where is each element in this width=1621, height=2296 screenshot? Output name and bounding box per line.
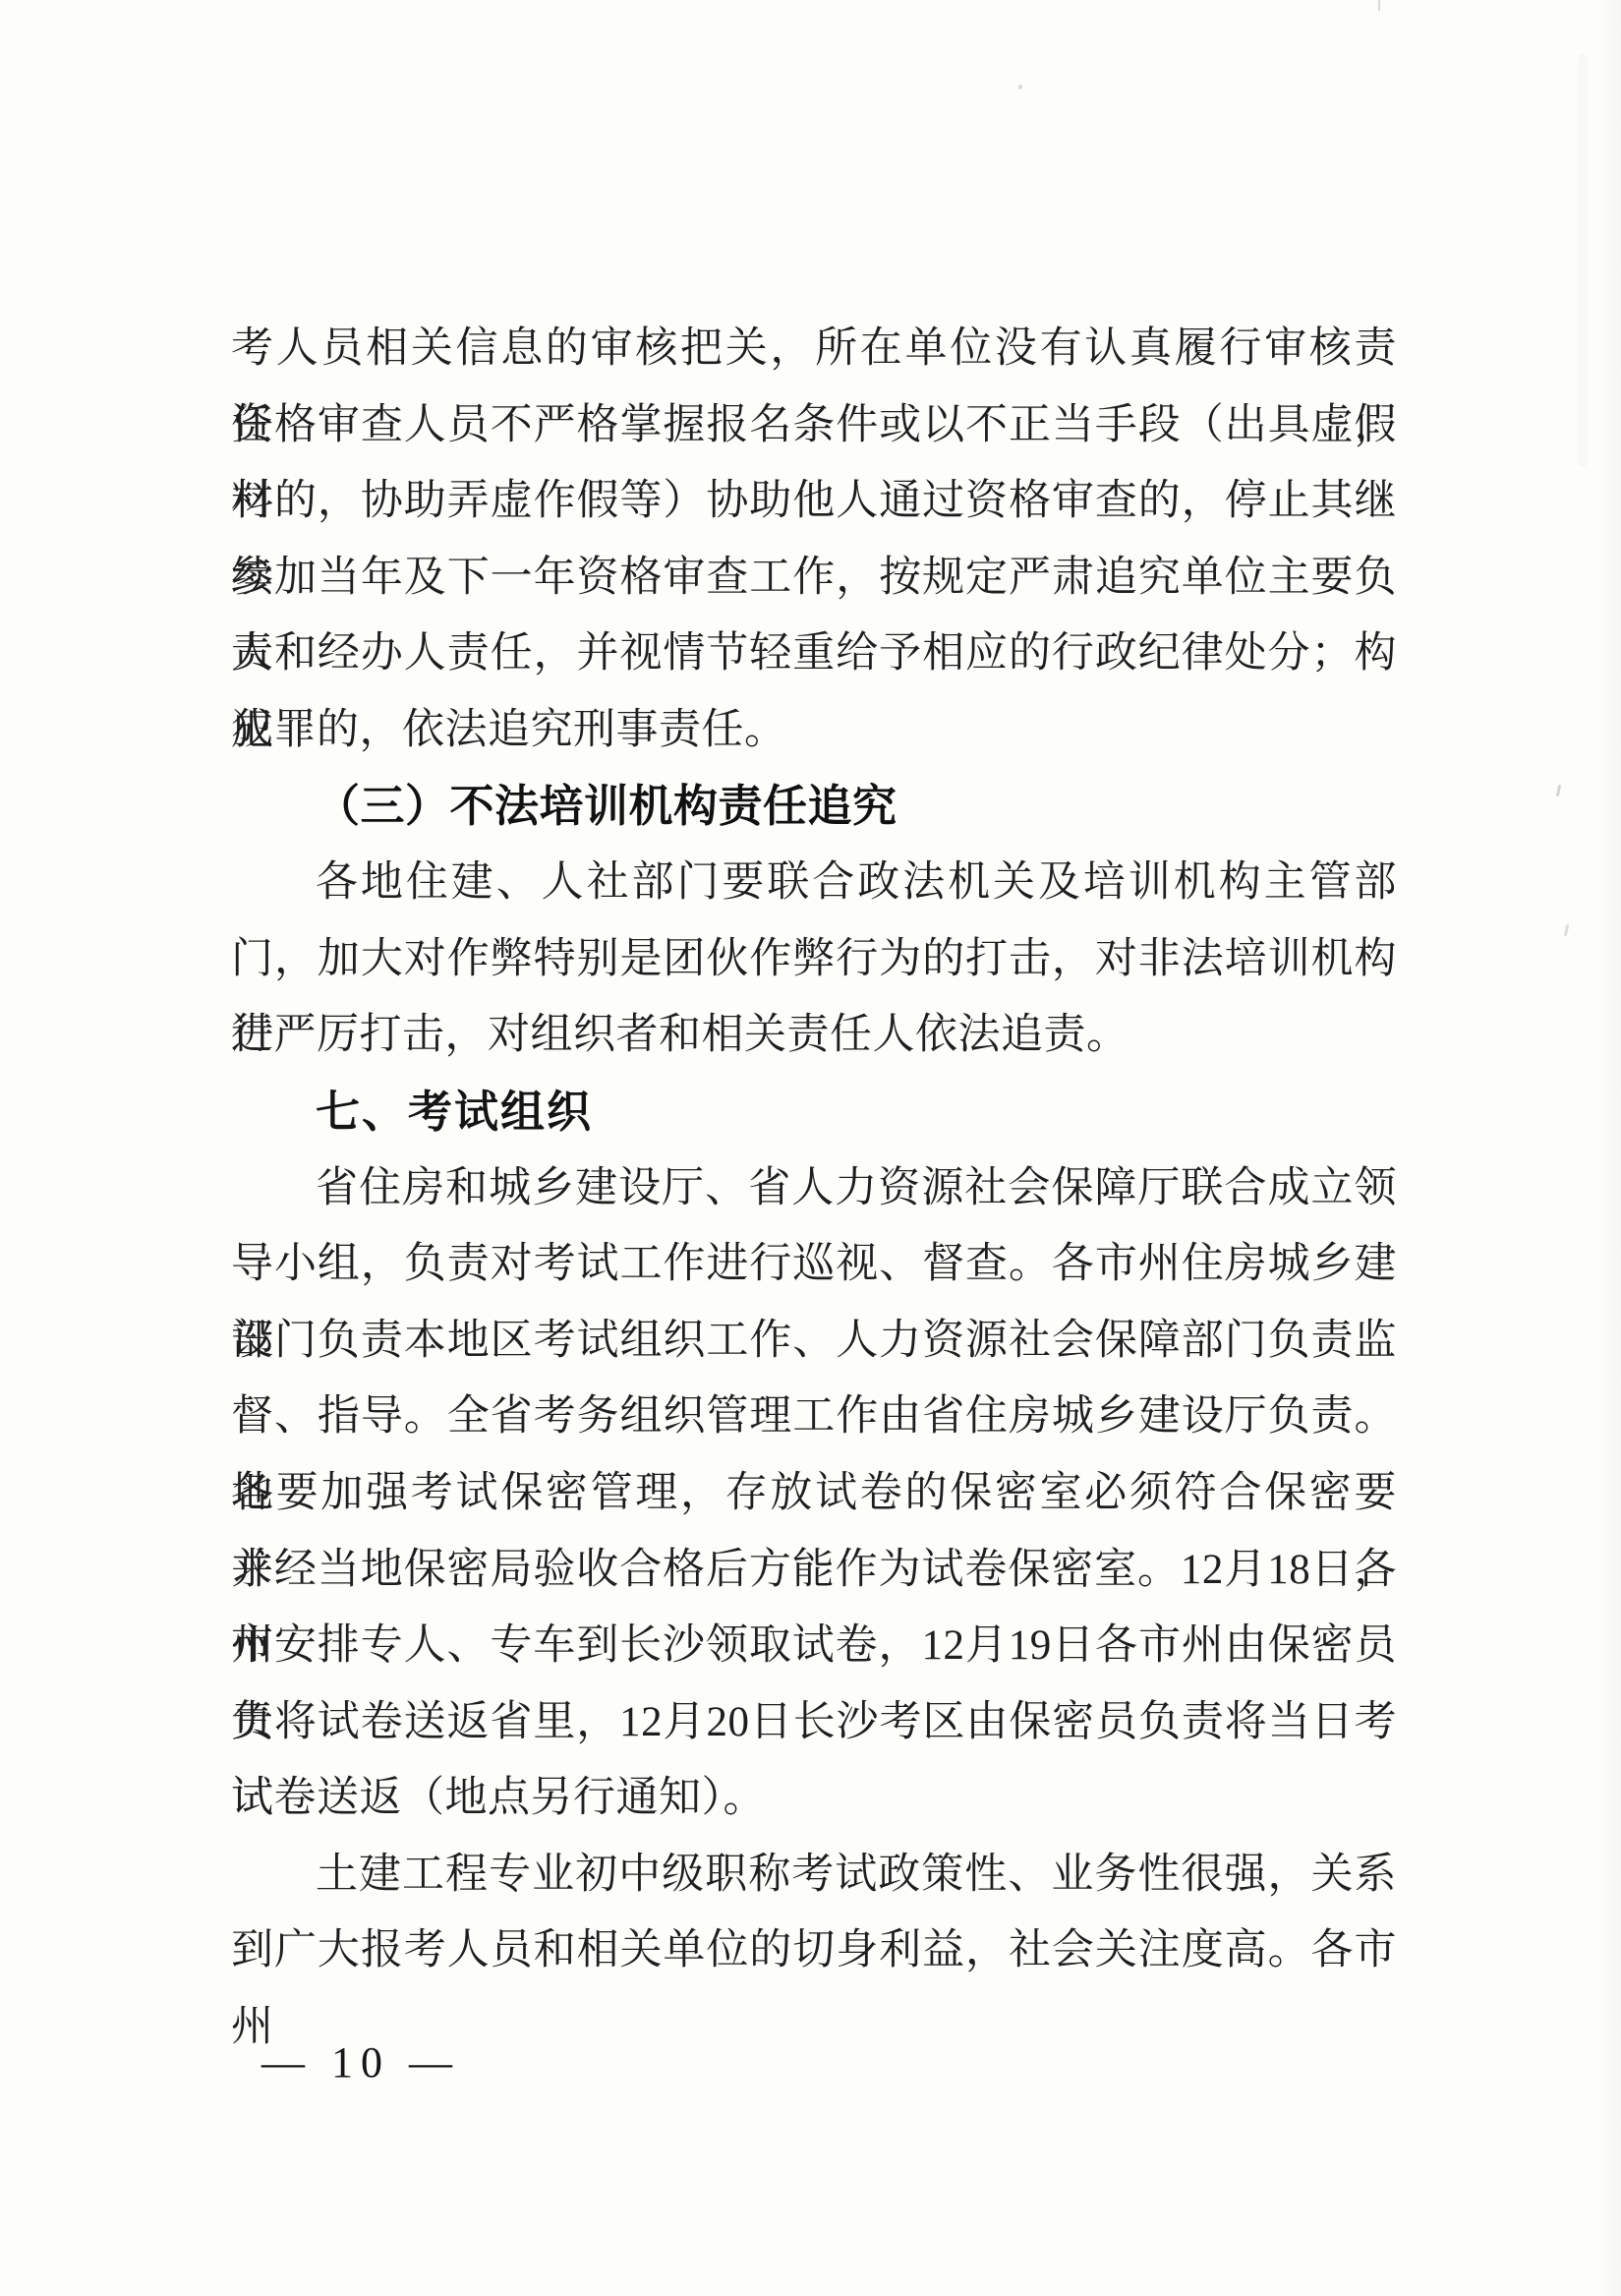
page-number: — 10 — xyxy=(261,2037,460,2088)
document-page: 考人员相关信息的审核把关，所在单位没有认真履行审核责任，资格审查人员不严格掌握报… xyxy=(0,0,1621,2296)
scan-edge-shadow xyxy=(1595,0,1621,2296)
text-line: 州安排专人、专车到长沙领取试卷，12月19日各市州由保密员负 xyxy=(231,1608,1397,1684)
text-line: 参加当年及下一年资格审查工作，按规定严肃追究单位主要负责 xyxy=(231,540,1397,617)
text-line: 门，加大对作弊特别是团伙作弊行为的打击，对非法培训机构进 xyxy=(231,921,1397,998)
text-line: 并经当地保密局验收合格后方能作为试卷保密室。12月18日各市 xyxy=(231,1532,1397,1609)
text-line: 考人员相关信息的审核把关，所在单位没有认真履行审核责任， xyxy=(231,311,1397,387)
scan-speck xyxy=(1018,85,1022,89)
text-line: 省住房和城乡建设厅、省人力资源社会保障厅联合成立领 xyxy=(231,1150,1397,1227)
text-line: 犯罪的，依法追究刑事责任。 xyxy=(231,692,1397,769)
text-line: 人和经办人责任，并视情节轻重给予相应的行政纪律处分；构成 xyxy=(231,616,1397,692)
section-heading: （三）不法培训机构责任追究 xyxy=(231,769,1397,846)
text-line: 试卷送返（地点另行通知）。 xyxy=(231,1760,1397,1837)
scan-artifact xyxy=(1556,785,1561,796)
text-line: 土建工程专业初中级职称考试政策性、业务性很强，关系 xyxy=(231,1837,1397,1913)
text-line: 部门负责本地区考试组织工作、人力资源社会保障部门负责监 xyxy=(231,1303,1397,1380)
section-heading: 七、考试组织 xyxy=(231,1074,1397,1150)
text-line: 导小组，负责对考试工作进行巡视、督查。各市州住房城乡建设 xyxy=(231,1226,1397,1303)
scan-artifact xyxy=(1378,0,1380,11)
text-line: 料的，协助弄虚作假等）协助他人通过资格审查的，停止其继续 xyxy=(231,463,1397,540)
text-line: 地要加强考试保密管理，存放试卷的保密室必须符合保密要求， xyxy=(231,1455,1397,1532)
scan-artifact xyxy=(1578,54,1588,467)
text-line: 责将试卷送返省里，12月20日长沙考区由保密员负责将当日考试 xyxy=(231,1684,1397,1761)
text-line: 各地住建、人社部门要联合政法机关及培训机构主管部 xyxy=(231,845,1397,921)
text-line: 督、指导。全省考务组织管理工作由省住房城乡建设厅负责。各 xyxy=(231,1379,1397,1455)
text-line: 到广大报考人员和相关单位的切身利益，社会关注度高。各市州 xyxy=(231,1913,1397,1989)
text-line: 行严厉打击，对组织者和相关责任人依法追责。 xyxy=(231,997,1397,1074)
text-line: 资格审查人员不严格掌握报名条件或以不正当手段（出具虚假材 xyxy=(231,387,1397,464)
scan-artifact xyxy=(1564,924,1569,936)
document-text-block: 考人员相关信息的审核把关，所在单位没有认真履行审核责任，资格审查人员不严格掌握报… xyxy=(231,311,1397,1989)
